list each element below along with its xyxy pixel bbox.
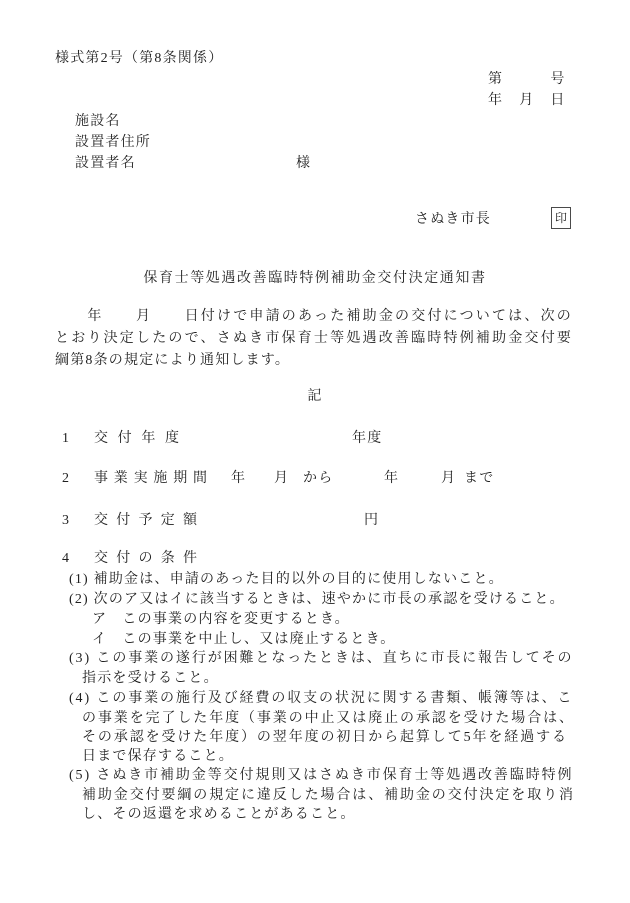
item2-month-to-label: 月 (441, 470, 456, 487)
item3-label: 交付予定額 (94, 512, 197, 529)
item3-label-text: 交付予定額 (94, 512, 197, 529)
condition-line: 日まで保存すること。 (82, 748, 234, 765)
condition-line: (2) 次のア又はイに該当するときは、速やかに市長の承認を受けること。 (69, 591, 565, 608)
item3-number: 3 (62, 512, 70, 529)
condition-line: し、その返還を求めることがあること。 (82, 806, 356, 823)
condition-line: 補助金交付要綱の規定に違反した場合は、補助金の交付決定を取り消 (82, 787, 575, 804)
item2-until-label: まで (464, 470, 494, 487)
document-title: 保育士等処遇改善臨時特例補助金交付決定通知書 (0, 270, 630, 287)
item1-number: 1 (62, 430, 70, 447)
body-line: 綱第8条の規定により通知します。 (55, 352, 290, 369)
date-line: 年 月 日 (488, 92, 566, 109)
item4-label: 交付の条件 (94, 550, 197, 567)
item3-unit-label: 円 (364, 512, 379, 529)
item4-number: 4 (62, 550, 70, 567)
item2-year-to-label: 年 (384, 470, 399, 487)
mayor-name-label: さぬき市長 (415, 211, 491, 228)
item1-label-text: 交付年度 (94, 430, 179, 447)
document-page: 様式第2号（第8条関係） 第 号 年 月 日 施設名 設置者住所 設置者名 様 … (0, 0, 630, 903)
founder-name-label: 設置者名 (75, 155, 136, 172)
item2-year-from-label: 年 (231, 470, 246, 487)
item2-number: 2 (62, 470, 70, 487)
condition-line: の事業を完了した年度（事業の中止又は廃止の承認を受けた場合は、 (82, 710, 575, 727)
body-line: 年 月 日付けで申請のあった補助金の交付については、次の (55, 308, 573, 325)
item2-from-label: から (303, 470, 333, 487)
ki-heading: 記 (0, 388, 630, 405)
condition-line: (1) 補助金は、申請のあった目的以外の目的に使用しないこと。 (69, 571, 504, 588)
condition-line: 指示を受けること。 (82, 670, 219, 687)
condition-line: その承認を受けた年度）の翌年度の初日から起算して5年を経過する (82, 729, 568, 746)
item4-label-text: 交付の条件 (94, 550, 197, 567)
condition-line: ア この事業の内容を変更するとき。 (92, 611, 350, 628)
honorific-label: 様 (296, 155, 311, 172)
item2-label-text: 事業実施期間 (94, 470, 207, 487)
item1-unit-label: 年度 (352, 430, 382, 447)
condition-line: (5) さぬき市補助金等交付規則又はさぬき市保育士等処遇改善臨時特例 (69, 767, 573, 784)
founder-address-label: 設置者住所 (75, 134, 151, 151)
item2-label: 事業実施期間 (94, 470, 207, 487)
body-line: とおり決定したので、さぬき市保育士等処遇改善臨時特例補助金交付要 (55, 330, 573, 347)
form-number-label: 様式第2号（第8条関係） (55, 50, 223, 67)
facility-name-label: 施設名 (75, 113, 121, 130)
item2-month-from-label: 月 (274, 470, 289, 487)
condition-line: (3) この事業の遂行が困難となったときは、直ちに市長に報告してその (69, 650, 573, 667)
item1-label: 交付年度 (94, 430, 179, 447)
doc-number-line: 第 号 (488, 71, 566, 88)
condition-line: (4) この事業の施行及び経費の収支の状況に関する書類、帳簿等は、こ (69, 690, 573, 707)
condition-line: イ この事業を中止し、又は廃止するとき。 (92, 631, 395, 648)
seal-placeholder-icon: 印 (551, 207, 571, 229)
